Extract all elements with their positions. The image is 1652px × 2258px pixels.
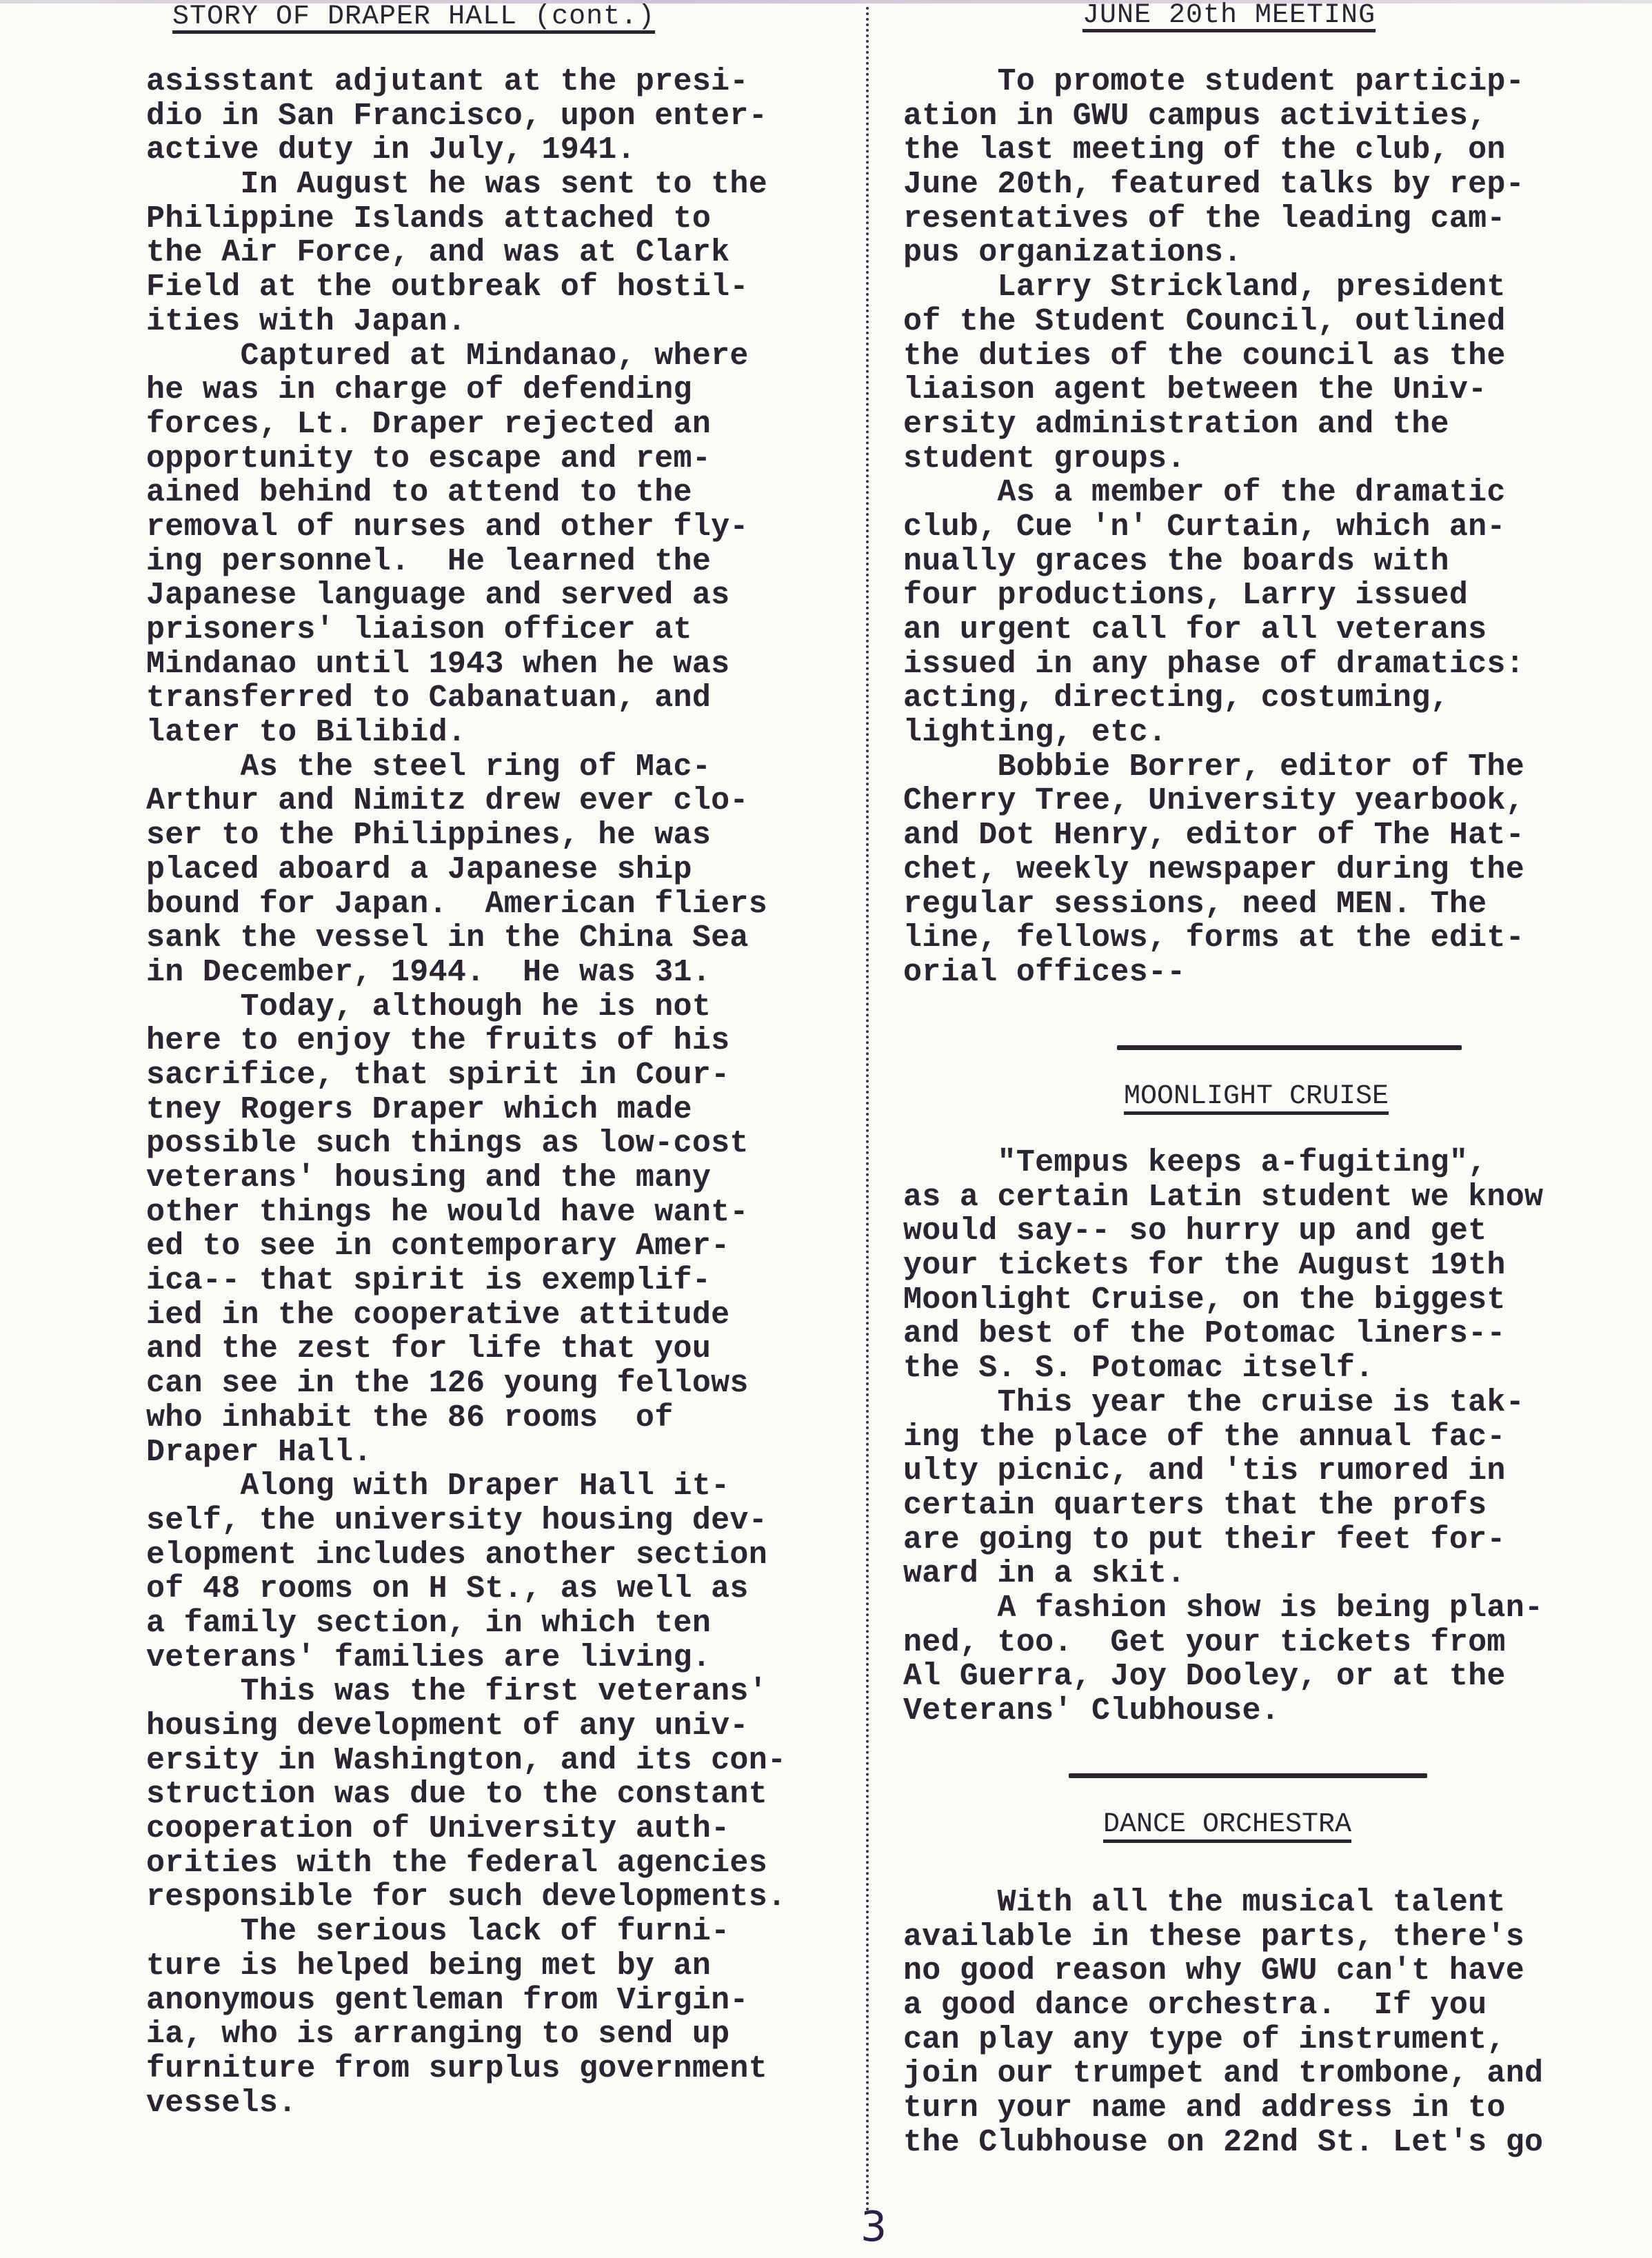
text-line: a family section, in which ten xyxy=(146,1606,786,1641)
text-line: your tickets for the August 19th xyxy=(903,1249,1543,1283)
text-line: veterans' housing and the many xyxy=(146,1161,786,1196)
text-line: a good dance orchestra. If you xyxy=(903,1988,1543,2023)
text-line: resentatives of the leading cam- xyxy=(903,202,1524,236)
text-line: ture is helped being met by an xyxy=(146,1949,786,1984)
text-line: prisoners' liaison officer at xyxy=(146,613,786,647)
text-line: and the zest for life that you xyxy=(146,1332,786,1367)
text-line: join our trumpet and trombone, and xyxy=(903,2057,1543,2091)
text-line: ica-- that spirit is exemplif- xyxy=(146,1264,786,1298)
text-line: available in these parts, there's xyxy=(903,1920,1543,1955)
text-line: Draper Hall. xyxy=(146,1435,786,1470)
text-line: Along with Draper Hall it- xyxy=(146,1469,786,1504)
text-line: June 20th, featured talks by rep- xyxy=(903,168,1524,202)
text-line: issued in any phase of dramatics: xyxy=(903,647,1524,682)
text-line: club, Cue 'n' Curtain, which an- xyxy=(903,510,1524,545)
text-line: no good reason why GWU can't have xyxy=(903,1954,1543,1988)
text-line: Al Guerra, Joy Dooley, or at the xyxy=(903,1660,1543,1694)
text-line: student groups. xyxy=(903,442,1524,476)
text-line: ained behind to attend to the xyxy=(146,476,786,510)
text-line: ing personnel. He learned the xyxy=(146,545,786,579)
text-line: sacrifice, that spirit in Cour- xyxy=(146,1058,786,1093)
text-line: ned, too. Get your tickets from xyxy=(903,1626,1543,1660)
text-line: lighting, etc. xyxy=(903,716,1524,750)
text-line: are going to put their feet for- xyxy=(903,1523,1543,1558)
text-line: sank the vessel in the China Sea xyxy=(146,921,786,956)
text-line: regular sessions, need MEN. The xyxy=(903,887,1524,922)
text-line: an urgent call for all veterans xyxy=(903,613,1524,647)
text-line: Mindanao until 1943 when he was xyxy=(146,647,786,682)
text-line: placed aboard a Japanese ship xyxy=(146,853,786,887)
text-line: Captured at Mindanao, where xyxy=(146,339,786,374)
text-line: certain quarters that the profs xyxy=(903,1489,1543,1523)
text-line: As the steel ring of Mac- xyxy=(146,750,786,785)
text-line: the last meeting of the club, on xyxy=(903,133,1524,168)
text-line: cooperation of University auth- xyxy=(146,1812,786,1846)
article-heading-draper-hall: STORY OF DRAPER HALL (cont.) xyxy=(172,1,655,32)
text-line: line, fellows, forms at the edit- xyxy=(903,921,1524,956)
text-line: transferred to Cabanatuan, and xyxy=(146,681,786,716)
section-divider-rule xyxy=(1069,1773,1427,1778)
article-body-june-meeting: To promote student particip-ation in GWU… xyxy=(903,65,1524,990)
text-line: pus organizations. xyxy=(903,236,1524,270)
text-line: ities with Japan. xyxy=(146,305,786,339)
article-heading-moonlight-cruise: MOONLIGHT CRUISE xyxy=(1124,1081,1389,1112)
text-line: and best of the Potomac liners-- xyxy=(903,1317,1543,1351)
text-line: ser to the Philippines, he was xyxy=(146,818,786,853)
text-line: The serious lack of furni- xyxy=(146,1915,786,1949)
text-line: can play any type of instrument, xyxy=(903,2023,1543,2057)
text-line: elopment includes another section xyxy=(146,1538,786,1573)
text-line: acting, directing, costuming, xyxy=(903,681,1524,716)
text-line: As a member of the dramatic xyxy=(903,476,1524,510)
text-line: as a certain Latin student we know xyxy=(903,1180,1543,1215)
article-heading-june-meeting: JUNE 20th MEETING xyxy=(1082,0,1376,31)
text-line: would say-- so hurry up and get xyxy=(903,1214,1543,1249)
text-line: responsible for such developments. xyxy=(146,1880,786,1915)
text-line: Bobbie Borrer, editor of The xyxy=(903,750,1524,785)
text-line: With all the musical talent xyxy=(903,1886,1543,1920)
text-line: four productions, Larry issued xyxy=(903,578,1524,613)
article-body-moonlight-cruise: "Tempus keeps a-fugiting",as a certain L… xyxy=(903,1146,1543,1728)
page-number: 3 xyxy=(860,2203,887,2251)
text-line: chet, weekly newspaper during the xyxy=(903,853,1524,887)
text-line: nually graces the boards with xyxy=(903,545,1524,579)
text-line: ward in a skit. xyxy=(903,1557,1543,1591)
text-line: and Dot Henry, editor of The Hat- xyxy=(903,818,1524,853)
text-line: In August he was sent to the xyxy=(146,168,786,202)
text-line: self, the university housing dev- xyxy=(146,1504,786,1538)
text-line: of the Student Council, outlined xyxy=(903,305,1524,339)
text-line: ed to see in contemporary Amer- xyxy=(146,1229,786,1264)
text-line: vessels. xyxy=(146,2086,786,2121)
text-line: the duties of the council as the xyxy=(903,339,1524,374)
text-line: orities with the federal agencies xyxy=(146,1846,786,1881)
text-line: To promote student particip- xyxy=(903,65,1524,99)
text-line: ation in GWU campus activities, xyxy=(903,99,1524,134)
text-line: the Air Force, and was at Clark xyxy=(146,236,786,270)
text-line: Japanese language and served as xyxy=(146,578,786,613)
text-line: housing development of any univ- xyxy=(146,1709,786,1744)
section-divider-rule xyxy=(1117,1045,1462,1050)
text-line: the Clubhouse on 22nd St. Let's go xyxy=(903,2126,1543,2160)
text-line: turn your name and address in to xyxy=(903,2091,1543,2126)
text-line: ersity administration and the xyxy=(903,407,1524,442)
text-line: furniture from surplus government xyxy=(146,2052,786,2086)
text-line: Arthur and Nimitz drew ever clo- xyxy=(146,784,786,818)
text-line: can see in the 126 young fellows xyxy=(146,1367,786,1401)
text-line: Larry Strickland, president xyxy=(903,270,1524,305)
text-line: struction was due to the constant xyxy=(146,1777,786,1812)
text-line: anonymous gentleman from Virgin- xyxy=(146,1984,786,2018)
text-line: Moonlight Cruise, on the biggest xyxy=(903,1283,1543,1318)
text-line: forces, Lt. Draper rejected an xyxy=(146,407,786,442)
text-line: possible such things as low-cost xyxy=(146,1127,786,1161)
text-line: This year the cruise is tak- xyxy=(903,1386,1543,1420)
text-line: who inhabit the 86 rooms of xyxy=(146,1401,786,1435)
text-line: in December, 1944. He was 31. xyxy=(146,956,786,990)
text-line: This was the first veterans' xyxy=(146,1675,786,1709)
text-line: veterans' families are living. xyxy=(146,1641,786,1675)
text-line: here to enjoy the fruits of his xyxy=(146,1024,786,1058)
text-line: liaison agent between the Univ- xyxy=(903,373,1524,407)
text-line: orial offices-- xyxy=(903,956,1524,990)
text-line: Field at the outbreak of hostil- xyxy=(146,270,786,305)
text-line: Philippine Islands attached to xyxy=(146,202,786,236)
text-line: A fashion show is being plan- xyxy=(903,1591,1543,1626)
text-line: bound for Japan. American fliers xyxy=(146,887,786,922)
text-line: ia, who is arranging to send up xyxy=(146,2017,786,2052)
text-line: the S. S. Potomac itself. xyxy=(903,1351,1543,1386)
text-line: of 48 rooms on H St., as well as xyxy=(146,1572,786,1606)
text-line: Cherry Tree, University yearbook, xyxy=(903,784,1524,818)
text-line: ied in the cooperative attitude xyxy=(146,1298,786,1333)
text-line: ulty picnic, and 'tis rumored in xyxy=(903,1454,1543,1489)
text-line: ing the place of the annual fac- xyxy=(903,1420,1543,1455)
text-line: dio in San Francisco, upon enter- xyxy=(146,99,786,134)
text-line: Today, although he is not xyxy=(146,990,786,1025)
text-line: active duty in July, 1941. xyxy=(146,133,786,168)
article-body-draper-hall: asisstant adjutant at the presi-dio in S… xyxy=(146,65,786,2120)
article-heading-dance-orchestra: DANCE ORCHESTRA xyxy=(1103,1809,1351,1840)
text-line: later to Bilibid. xyxy=(146,716,786,750)
column-divider xyxy=(866,7,869,2213)
text-line: he was in charge of defending xyxy=(146,373,786,407)
text-line: other things he would have want- xyxy=(146,1196,786,1230)
text-line: Veterans' Clubhouse. xyxy=(903,1694,1543,1728)
text-line: opportunity to escape and rem- xyxy=(146,442,786,476)
text-line: "Tempus keeps a-fugiting", xyxy=(903,1146,1543,1180)
text-line: removal of nurses and other fly- xyxy=(146,510,786,545)
article-body-dance-orchestra: With all the musical talentavailable in … xyxy=(903,1886,1543,2160)
text-line: asisstant adjutant at the presi- xyxy=(146,65,786,99)
text-line: tney Rogers Draper which made xyxy=(146,1093,786,1127)
text-line: ersity in Washington, and its con- xyxy=(146,1744,786,1778)
